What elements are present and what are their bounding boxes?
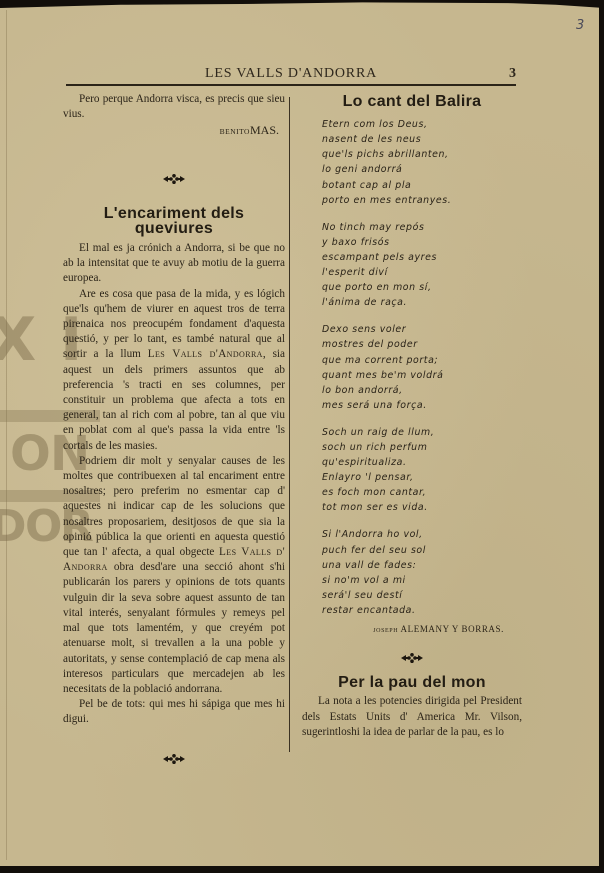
page-fold-line (6, 10, 7, 860)
poem: Etern com los Deus, nasent de les neus q… (302, 117, 522, 618)
ornament-fleuron-icon (302, 651, 522, 665)
paragraph-text: Podriem dir molt y senyalar causes de le… (63, 455, 285, 558)
poem-line: l'esperit diví (322, 265, 522, 280)
article-title: L'encariment dels queviures (63, 206, 285, 236)
scan-border-right (599, 0, 604, 873)
poem-stanza: Dexo sens voler mostres del poder que ma… (322, 322, 522, 413)
article-paragraph: La nota a les potencies dirigida pel Pre… (302, 694, 522, 740)
poem-line: Dexo sens voler (322, 322, 522, 337)
publication-name-smallcaps: Les Valls d'Andorra (148, 348, 263, 360)
poem-line: si no'm vol a mi (322, 573, 522, 588)
poem-stanza: No tinch may repós y baxo frisós escampa… (322, 220, 522, 311)
poem-line: Soch un raig de llum, (322, 425, 522, 440)
poem-line: botant cap al pla (322, 178, 522, 193)
poem-line: que porto en mon sí, (322, 280, 522, 295)
ornament-fleuron-icon (63, 752, 285, 766)
signature-first-name: JOSEPH (373, 628, 398, 634)
scan-border-bottom (0, 866, 604, 873)
poem-line: lo geni andorrá (322, 162, 522, 177)
intro-signature: BENITOMAS. (63, 123, 285, 139)
poem-stanza: Etern com los Deus, nasent de les neus q… (322, 117, 522, 208)
poem-line: que ma corrent porta; (322, 353, 522, 368)
watermark-letter: D (0, 505, 29, 549)
poem-line: tot mon ser es vida. (322, 500, 522, 515)
running-header: LES VALLS D'ANDORRA 3 (66, 66, 516, 84)
poem-line: qu'espiritualiza. (322, 455, 522, 470)
article-paragraph: Pel be de tots: qui mes hi sápiga que me… (63, 697, 285, 727)
watermark-letter: O (25, 505, 62, 549)
poem-line: es foch mon cantar, (322, 485, 522, 500)
signature-last-name: ALEMANY Y BORRAS. (401, 624, 504, 634)
poem-line: lo bon andorrá, (322, 383, 522, 398)
paragraph-text: obra desd'are una secció ahont s'hi publ… (63, 561, 285, 695)
poem-line: No tinch may repós (322, 220, 522, 235)
poem-stanza: Soch un raig de llum, soch un rich perfu… (322, 425, 522, 516)
left-column: Pero perque Andorra visca, es precis que… (63, 90, 285, 766)
poem-line: puch fer del seu sol (322, 543, 522, 558)
watermark-letter: O (10, 430, 51, 478)
paragraph-text: , sia aquest un dels primers assuntos qu… (63, 348, 285, 451)
poem-line: soch un rich perfum (322, 440, 522, 455)
poem-stanza: Si l'Andorra ho vol, puch fer del seu so… (322, 527, 522, 618)
poem-signature: JOSEPH ALEMANY Y BORRAS. (302, 622, 522, 639)
right-column: Lo cant del Balira Etern com los Deus, n… (302, 90, 522, 740)
article-title: Per la pau del mon (302, 675, 522, 690)
poem-line: quant mes be'm voldrá (322, 368, 522, 383)
poem-line: porto en mes entranyes. (322, 193, 522, 208)
poem-line: restar encantada. (322, 603, 522, 618)
poem-line: mes será una força. (322, 398, 522, 413)
poem-line: y baxo frisós (322, 235, 522, 250)
ornament-fleuron-icon (63, 172, 285, 186)
poem-title: Lo cant del Balira (302, 94, 522, 109)
poem-line: que'ls pichs abrillanten, (322, 147, 522, 162)
poem-line: escampant pels ayres (322, 250, 522, 265)
poem-line: l'ánima de raça. (322, 295, 522, 310)
intro-paragraph: Pero perque Andorra visca, es precis que… (63, 92, 285, 122)
poem-line: Etern com los Deus, (322, 117, 522, 132)
signature-first-name: BENITO (220, 127, 250, 136)
poem-line: mostres del poder (322, 337, 522, 352)
poem-line: Enlayro 'l pensar, (322, 470, 522, 485)
newspaper-page: 3 X I O N D O R LES VALLS D'ANDORRA 3 Pe… (0, 0, 600, 866)
poem-line: Si l'Andorra ho vol, (322, 527, 522, 542)
publication-title: LES VALLS D'ANDORRA (66, 66, 516, 82)
poem-line: una vall de fades: (322, 558, 522, 573)
article-paragraph: Are es cosa que pasa de la mida, y es ló… (63, 287, 285, 454)
pencil-page-number: 3 (576, 18, 584, 33)
poem-line: nasent de les neus (322, 132, 522, 147)
article-paragraph: El mal es ja crónich a Andorra, si be qu… (63, 241, 285, 287)
page-number: 3 (509, 66, 516, 82)
poem-line: será'l seu destí (322, 588, 522, 603)
column-divider (289, 97, 290, 752)
signature-last-name: MAS. (250, 123, 279, 137)
header-rule (66, 84, 516, 86)
article-paragraph: Podriem dir molt y senyalar causes de le… (63, 454, 285, 697)
